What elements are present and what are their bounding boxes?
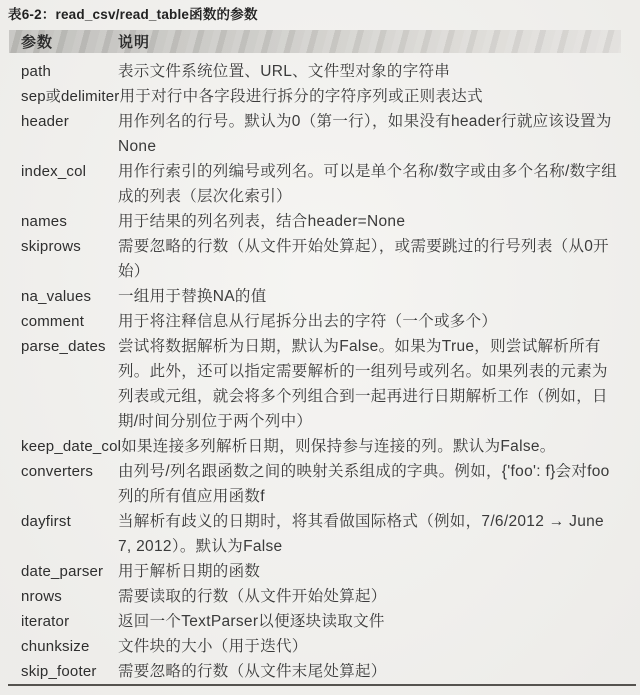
param-name-cell: na_values — [9, 284, 118, 309]
param-desc-cell: 尝试将数据解析为日期，默认为False。如果为True，则尝试解析所有列。此外，… — [118, 334, 621, 434]
param-name-cell: sep或delimiter — [9, 84, 119, 109]
table-body: path 表示文件系统位置、URL、文件型对象的字符串 sep或delimite… — [9, 53, 621, 684]
table-row: header 用作列名的行号。默认为0（第一行），如果没有header行就应该设… — [9, 109, 621, 159]
param-desc-cell: 一组用于替换NA的值 — [118, 284, 621, 309]
param-desc-cell: 需要读取的行数（从文件开始处算起） — [118, 584, 621, 609]
table-row: date_parser 用于解析日期的函数 — [9, 559, 621, 584]
table-row: parse_dates 尝试将数据解析为日期，默认为False。如果为True，… — [9, 334, 621, 434]
book-page: 表6-2：read_csv/read_table函数的参数 参数 说明 path… — [0, 0, 640, 695]
table-row: nrows 需要读取的行数（从文件开始处算起） — [9, 584, 621, 609]
table-row: index_col 用作行索引的列编号或列名。可以是单个名称/数字或由多个名称/… — [9, 159, 621, 209]
params-table: 参数 说明 path 表示文件系统位置、URL、文件型对象的字符串 sep或de… — [9, 30, 621, 684]
table-caption: 表6-2：read_csv/read_table函数的参数 — [0, 0, 640, 24]
param-desc-cell: 文件块的大小（用于迭代） — [118, 634, 621, 659]
param-name-cell: parse_dates — [9, 334, 118, 359]
header-cell-param: 参数 — [9, 31, 118, 52]
param-desc-cell: 需要忽略的行数（从文件末尾处算起） — [118, 659, 621, 684]
table-row: dayfirst 当解析有歧义的日期时，将其看做国际格式（例如，7/6/2012… — [9, 509, 621, 559]
param-desc-cell: 表示文件系统位置、URL、文件型对象的字符串 — [118, 59, 621, 84]
param-desc-cell: 当解析有歧义的日期时，将其看做国际格式（例如，7/6/2012 → June 7… — [118, 509, 621, 559]
table-row: iterator 返回一个TextParser以便逐块读取文件 — [9, 609, 621, 634]
table-row: skip_footer 需要忽略的行数（从文件末尾处算起） — [9, 659, 621, 684]
table-row: skiprows 需要忽略的行数（从文件开始处算起），或需要跳过的行号列表（从0… — [9, 234, 621, 284]
param-desc-cell: 用作列名的行号。默认为0（第一行），如果没有header行就应该设置为None — [118, 109, 621, 159]
table-row: chunksize 文件块的大小（用于迭代） — [9, 634, 621, 659]
table-header-row: 参数 说明 — [9, 30, 621, 53]
table-bottom-rule — [8, 684, 636, 686]
table-row: names 用于结果的列名列表，结合header=None — [9, 209, 621, 234]
param-name-cell: names — [9, 209, 118, 234]
header-cell-desc: 说明 — [118, 31, 621, 52]
param-desc-cell: 需要忽略的行数（从文件开始处算起），或需要跳过的行号列表（从0开始） — [118, 234, 621, 284]
table-row: sep或delimiter 用于对行中各字段进行拆分的字符序列或正则表达式 — [9, 84, 621, 109]
param-name-cell: skip_footer — [9, 659, 118, 684]
table-row: path 表示文件系统位置、URL、文件型对象的字符串 — [9, 59, 621, 84]
param-desc-cell: 如果连接多列解析日期，则保持参与连接的列。默认为False。 — [121, 434, 621, 459]
param-name-cell: chunksize — [9, 634, 118, 659]
table-row: comment 用于将注释信息从行尾拆分出去的字符（一个或多个） — [9, 309, 621, 334]
param-desc-cell: 用于对行中各字段进行拆分的字符序列或正则表达式 — [119, 84, 621, 109]
param-name-cell: path — [9, 59, 118, 84]
param-name-cell: iterator — [9, 609, 118, 634]
table-row: converters 由列号/列名跟函数之间的映射关系组成的字典。例如，{'fo… — [9, 459, 621, 509]
param-desc-cell: 由列号/列名跟函数之间的映射关系组成的字典。例如，{'foo': f}会对foo… — [118, 459, 621, 509]
param-name-cell: converters — [9, 459, 118, 484]
param-name-cell: skiprows — [9, 234, 118, 259]
param-name-cell: keep_date_col — [9, 434, 121, 459]
param-name-cell: dayfirst — [9, 509, 118, 534]
param-desc-cell: 用于结果的列名列表，结合header=None — [118, 209, 621, 234]
param-desc-cell: 用于将注释信息从行尾拆分出去的字符（一个或多个） — [118, 309, 621, 334]
param-name-cell: header — [9, 109, 118, 134]
table-row: keep_date_col 如果连接多列解析日期，则保持参与连接的列。默认为Fa… — [9, 434, 621, 459]
table-row: na_values 一组用于替换NA的值 — [9, 284, 621, 309]
param-desc-cell: 用于解析日期的函数 — [118, 559, 621, 584]
param-name-cell: index_col — [9, 159, 118, 184]
param-name-cell: comment — [9, 309, 118, 334]
param-desc-cell: 用作行索引的列编号或列名。可以是单个名称/数字或由多个名称/数字组成的列表（层次… — [118, 159, 621, 209]
param-name-cell: date_parser — [9, 559, 118, 584]
param-desc-cell: 返回一个TextParser以便逐块读取文件 — [118, 609, 621, 634]
param-name-cell: nrows — [9, 584, 118, 609]
